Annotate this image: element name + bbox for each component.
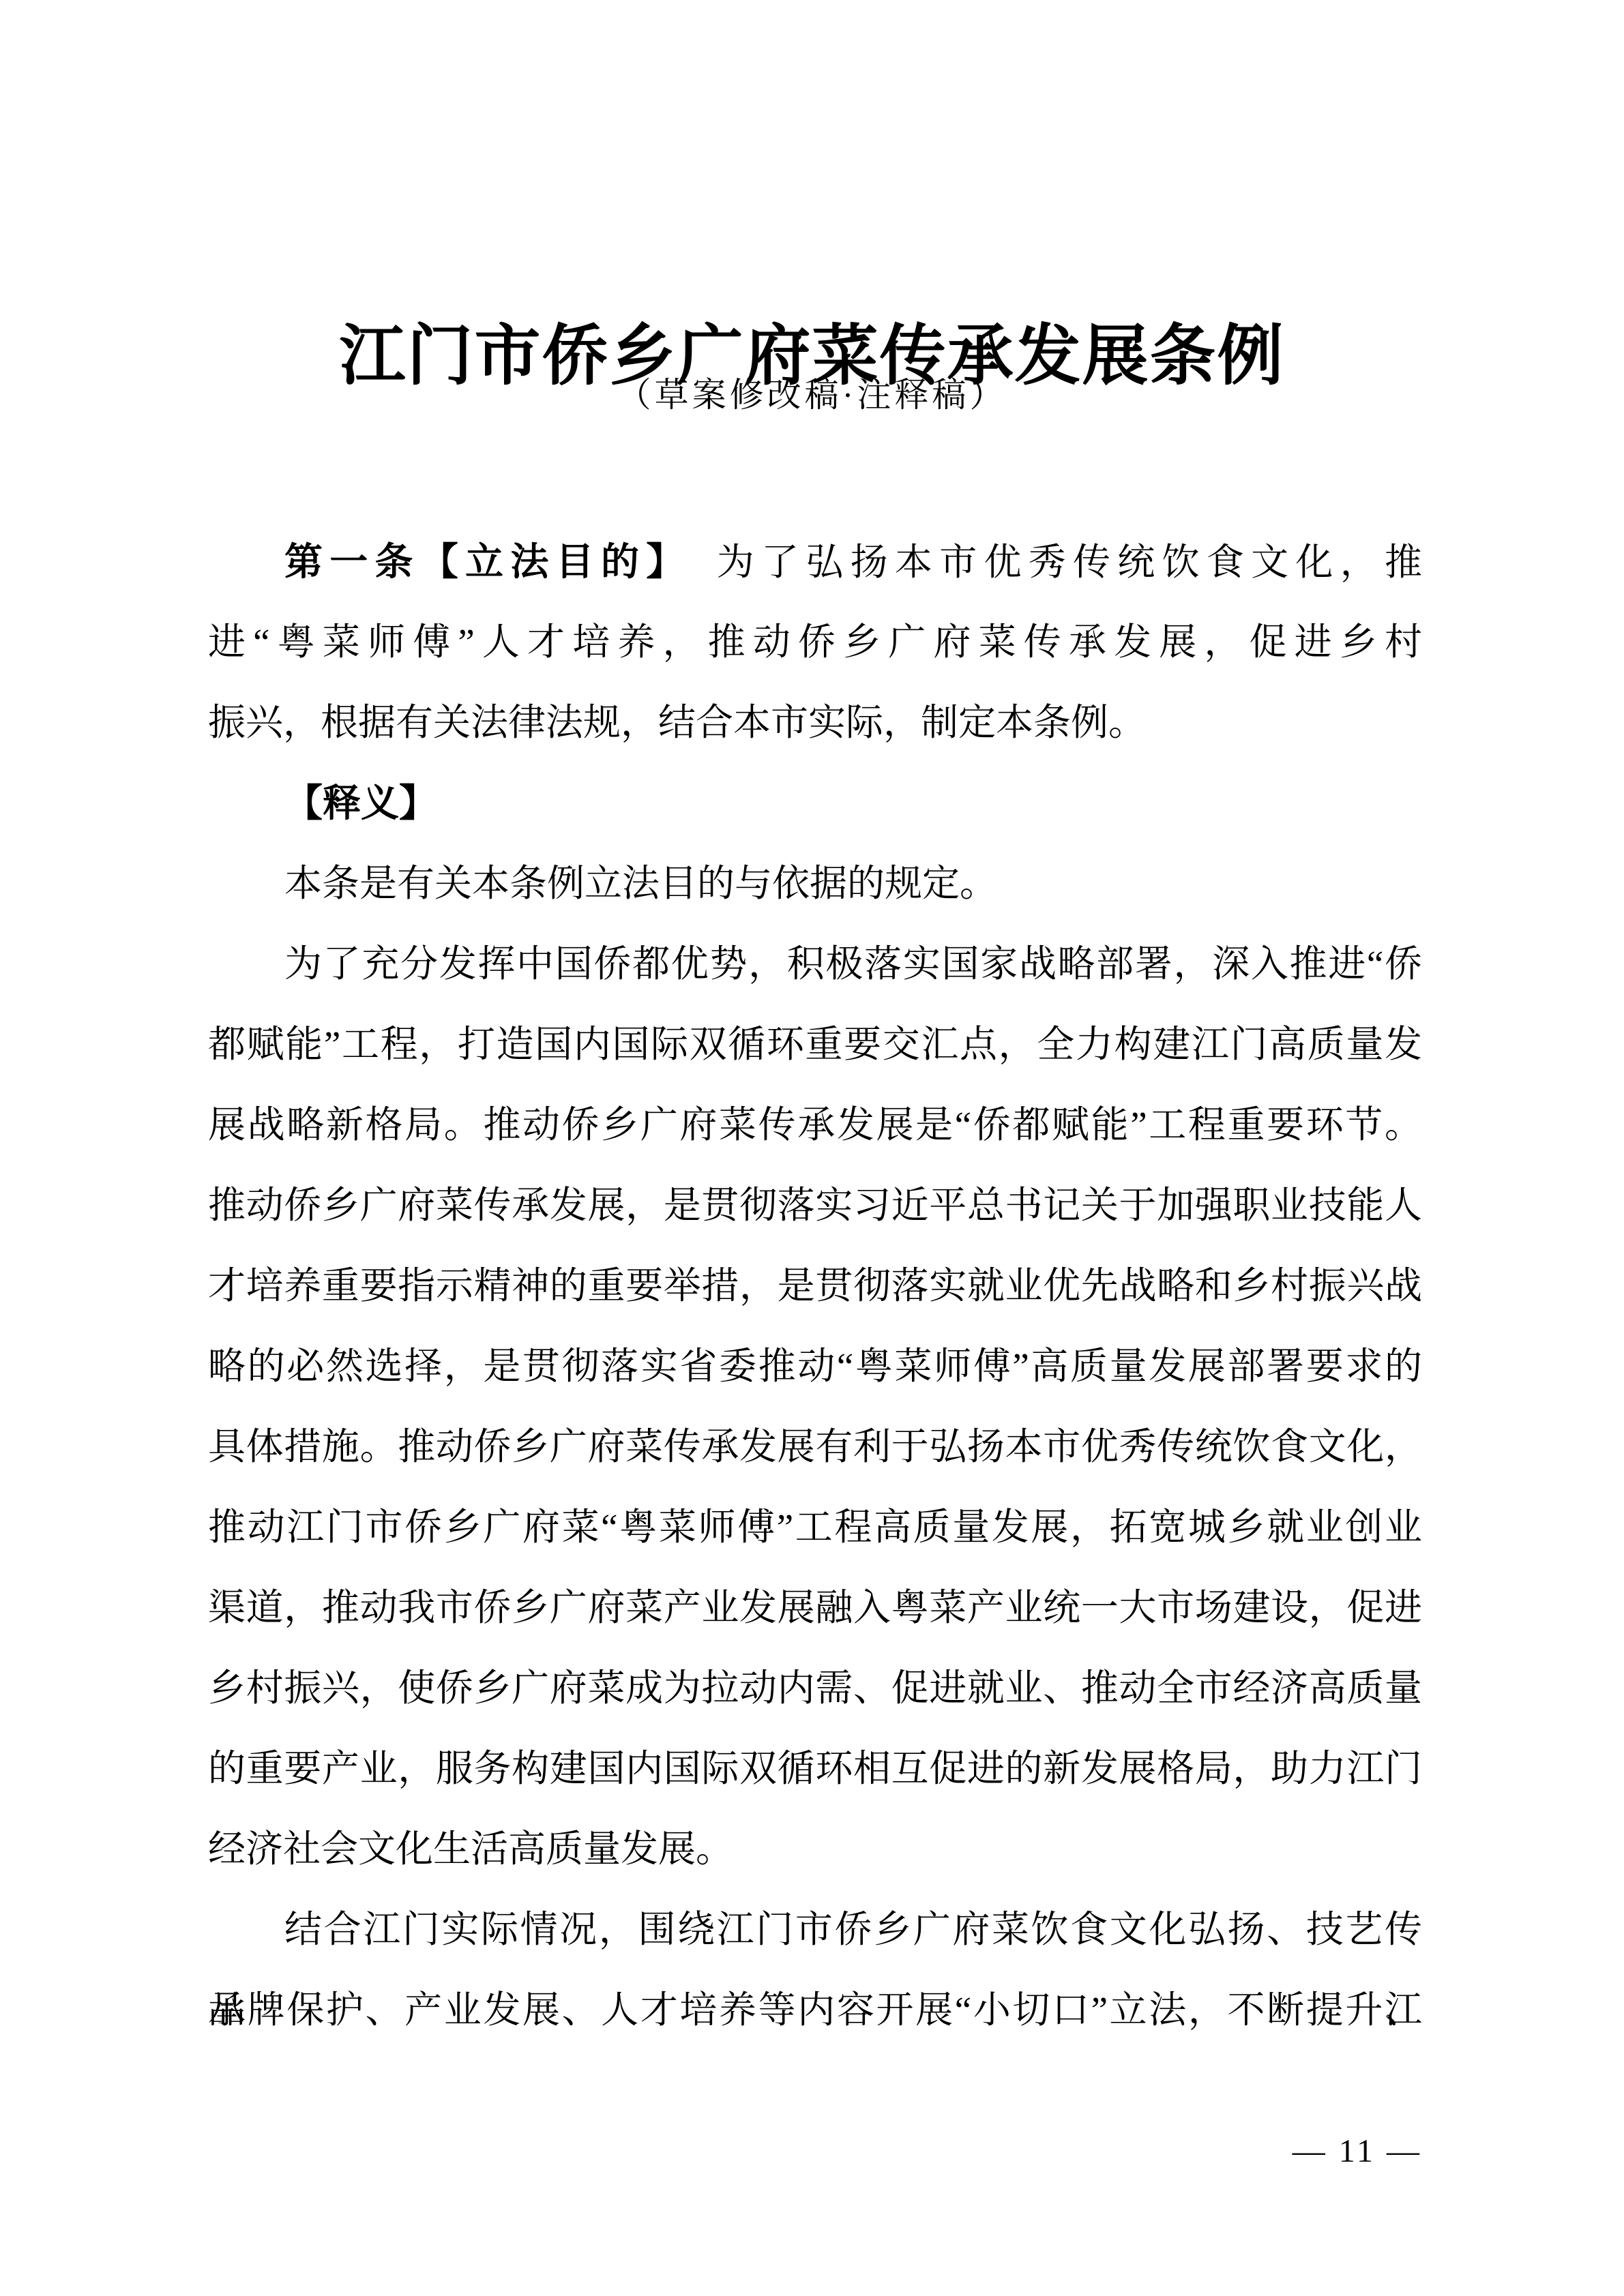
- bold-lead-text: 【释义】: [284, 781, 437, 824]
- text-line: 结合江门实际情况，围绕江门市侨乡广府菜饮食文化弘扬、技艺传承、: [208, 1890, 1422, 1970]
- text-line: 振兴，根据有关法律法规，结合本市实际，制定本条例。: [208, 683, 1422, 763]
- document-body: 第一条【立法目的】 为了弘扬本市优秀传统饮食文化，推进“粤菜师傅”人才培养，推动…: [208, 522, 1422, 2051]
- text-line: 推动侨乡广府菜传承发展，是贯彻落实习近平总书记关于加强职业技能人: [208, 1165, 1422, 1246]
- text-line: 才培养重要指示精神的重要举措，是贯彻落实就业优先战略和乡村振兴战: [208, 1246, 1422, 1326]
- text-line: 具体措施。推动侨乡广府菜传承发展有利于弘扬本市优秀传统饮食文化，: [208, 1407, 1422, 1487]
- text-line: 推动江门市侨乡广府菜“粤菜师傅”工程高质量发展，拓宽城乡就业创业: [208, 1487, 1422, 1568]
- document-subtitle: （草案修改稿·注释稿）: [0, 374, 1624, 415]
- page-number: — 11 —: [1293, 2132, 1422, 2171]
- text-line: 【释义】: [208, 763, 1422, 844]
- text-line: 本条是有关本条例立法目的与依据的规定。: [208, 844, 1422, 924]
- bold-lead-text: 第一条【立法目的】: [284, 540, 673, 583]
- text-line: 展战略新格局。推动侨乡广府菜传承发展是“侨都赋能”工程重要环节。: [208, 1085, 1422, 1165]
- text-line: 渠道，推动我市侨乡广府菜产业发展融入粤菜产业统一大市场建设，促进: [208, 1568, 1422, 1648]
- text-line: 品牌保护、产业发展、人才培养等内容开展“小切口”立法，不断提升江: [208, 1970, 1422, 2051]
- text-line: 进“粤菜师傅”人才培养，推动侨乡广府菜传承发展，促进乡村: [208, 602, 1422, 683]
- text-line: 略的必然选择，是贯彻落实省委推动“粤菜师傅”高质量发展部署要求的: [208, 1326, 1422, 1407]
- text-line: 为了充分发挥中国侨都优势，积极落实国家战略部署，深入推进“侨: [208, 924, 1422, 1004]
- text-line: 乡村振兴，使侨乡广府菜成为拉动内需、促进就业、推动全市经济高质量: [208, 1648, 1422, 1729]
- document-page: 江门市侨乡广府菜传承发展条例 （草案修改稿·注释稿） 第一条【立法目的】 为了弘…: [0, 0, 1624, 2296]
- text-line: 第一条【立法目的】 为了弘扬本市优秀传统饮食文化，推: [208, 522, 1422, 602]
- text-line: 经济社会文化生活高质量发展。: [208, 1809, 1422, 1890]
- text-line: 的重要产业，服务构建国内国际双循环相互促进的新发展格局，助力江门: [208, 1729, 1422, 1809]
- text-line: 都赋能”工程，打造国内国际双循环重要交汇点，全力构建江门高质量发: [208, 1004, 1422, 1085]
